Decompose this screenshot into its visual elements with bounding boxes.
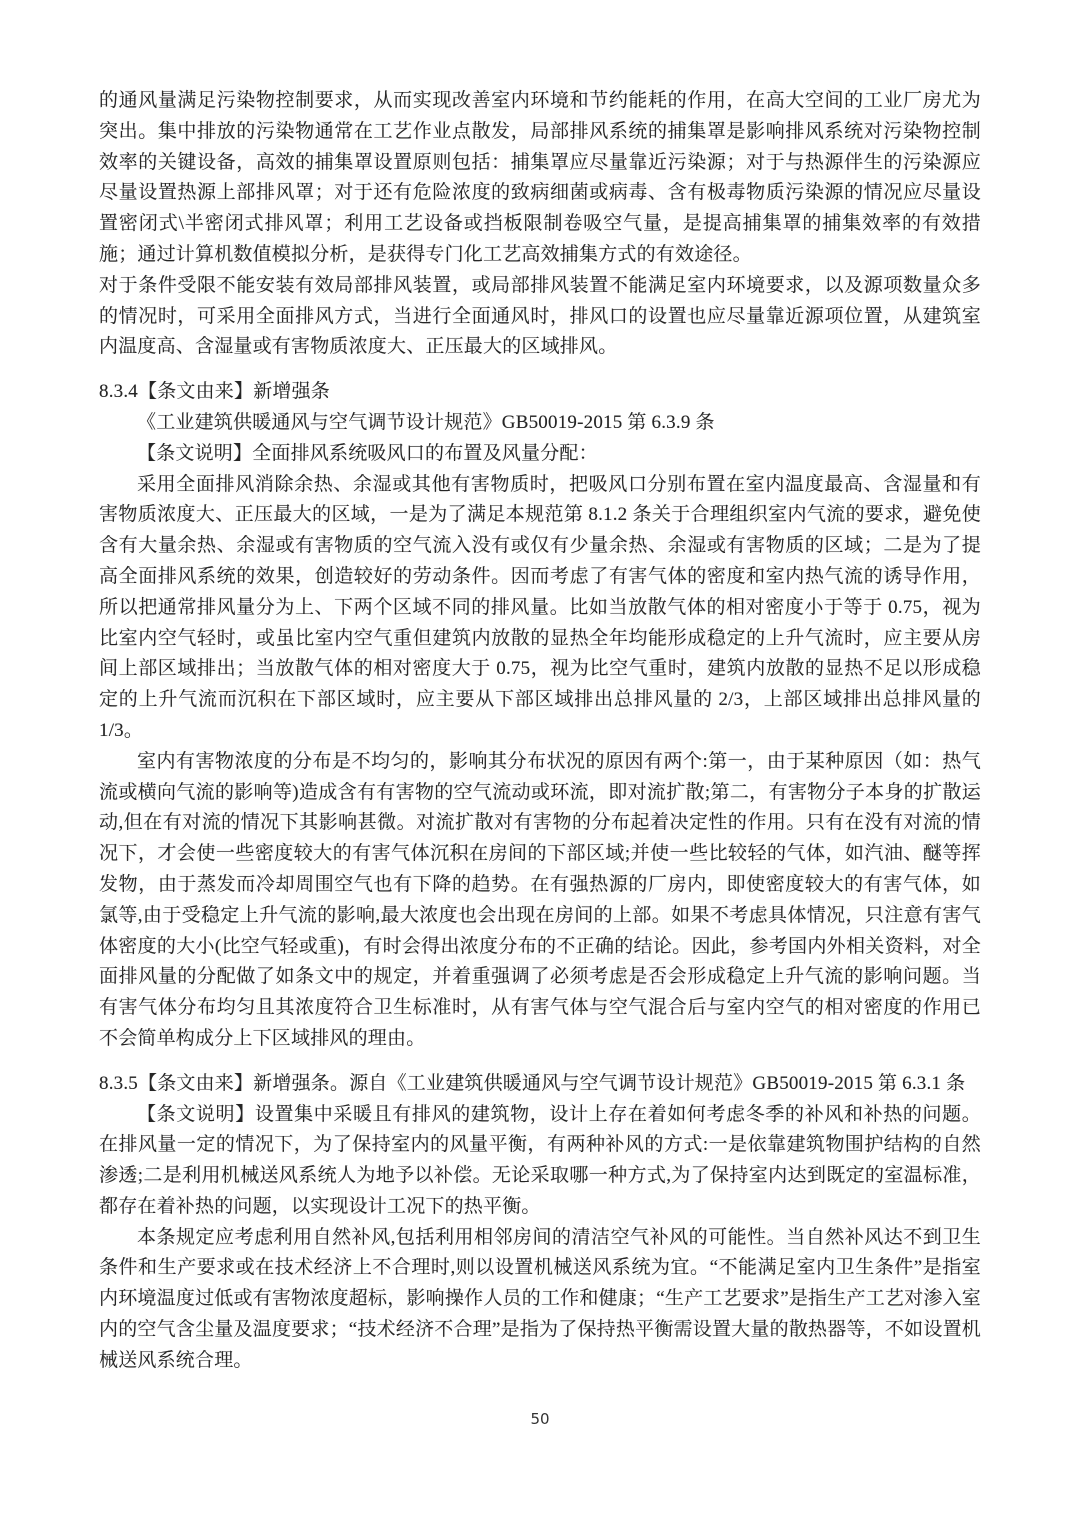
paragraph-clause-explanation-title: 【条文说明】全面排风系统吸风口的布置及风量分配： <box>99 439 981 470</box>
paragraph-source-standard-8-3-4: 《工业建筑供暖通风与空气调节设计规范》GB50019-2015 第 6.3.9 … <box>99 408 981 439</box>
section-heading-8-3-4: 8.3.4【条文由来】新增强条 <box>99 377 981 408</box>
paragraph-continuation-exhaust-hoods: 的通风量满足污染物控制要求，从而实现改善室内环境和节约能耗的作用，在高大空间的工… <box>99 86 981 271</box>
text-block: 的通风量满足污染物控制要求，从而实现改善室内环境和节约能耗的作用，在高大空间的工… <box>99 86 981 1377</box>
section-heading-8-3-5: 8.3.5【条文由来】新增强条。源自《工业建筑供暖通风与空气调节设计规范》GB5… <box>99 1069 981 1100</box>
paragraph-makeup-air-heating: 【条文说明】设置集中采暖且有排风的建筑物，设计上存在着如何考虑冬季的补风和补热的… <box>99 1100 981 1223</box>
paragraph-pollutant-distribution: 室内有害物浓度的分布是不均匀的，影响其分布状况的原因有两个:第一，由于某种原因（… <box>99 747 981 1055</box>
document-page: 的通风量满足污染物控制要求，从而实现改善室内环境和节约能耗的作用，在高大空间的工… <box>0 0 1080 1527</box>
paragraph-natural-makeup-air: 本条规定应考虑利用自然补风,包括利用相邻房间的清洁空气补风的可能性。当自然补风达… <box>99 1223 981 1377</box>
paragraph-exhaust-inlet-layout: 采用全面排风消除余热、余湿或其他有害物质时，把吸风口分别布置在室内温度最高、含湿… <box>99 470 981 747</box>
paragraph-general-exhaust: 对于条件受限不能安装有效局部排风装置，或局部排风装置不能满足室内环境要求，以及源… <box>99 271 981 363</box>
page-number: 50 <box>0 1410 1080 1428</box>
